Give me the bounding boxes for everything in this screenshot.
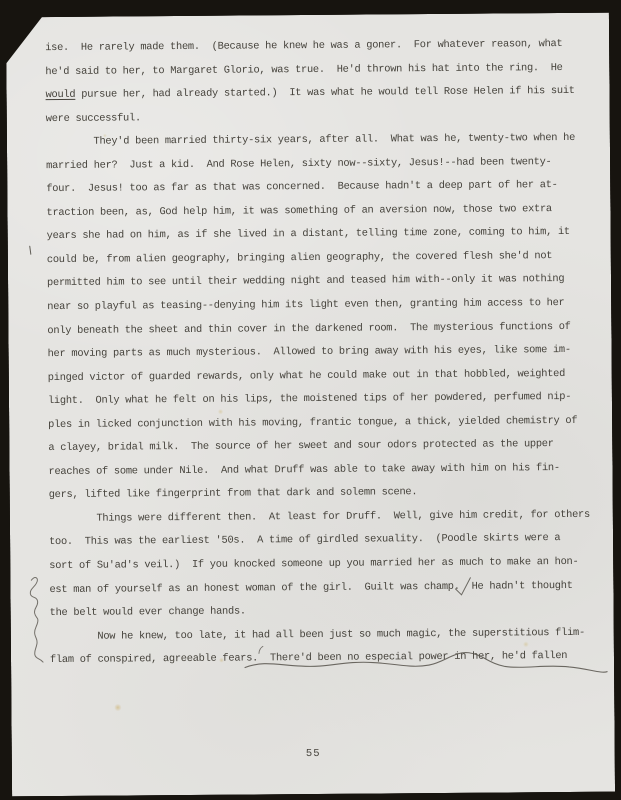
typed-text-segment: four. Jesus! too as far as that was conc… [46,179,557,195]
typed-text-segment: They'd been married thirty-six years, af… [46,132,575,148]
typed-text-segment: pinged victor of guarded rewards, only w… [48,368,565,384]
typed-text-segment: a clayey, bridal milk. The source of her… [48,438,553,454]
typed-text-segment: years she had on him, as if she lived in… [47,226,570,242]
typed-text-segment: pursue her, had already started.) It was… [75,85,575,101]
typed-text-segment: sort of Su'ad's veil.) If you knocked so… [49,556,578,572]
typed-text-segment: her moving parts as much mysterious. All… [48,344,571,360]
typed-text-segment: he'd said to her, to Margaret Glorio, wa… [45,62,562,78]
typed-text-segment: reaches of some under Nile. And what Dru… [48,462,559,478]
typed-text-segment: ples in licked conjunction with his movi… [48,415,577,431]
typed-text: ise. He rarely made them. (Because he kn… [45,33,606,673]
typed-text-segment: were successful. [46,112,141,125]
typed-text-segment: near so playful as teasing--denying him … [47,297,564,313]
page-number: 55 [12,746,615,763]
typed-text-segment: permitted him to see until their wedding… [47,273,564,289]
underlined-word: would [46,89,76,101]
stray-tick-mark [30,246,31,254]
typed-text-segment: ise. He rarely made them. (Because he kn… [45,38,562,54]
typed-line: est man of yourself as an honest woman o… [49,574,605,602]
typed-text-segment: traction been, as, God help him, it was … [46,203,551,219]
typed-text-segment: light. Only what he felt on his lips, th… [48,391,571,407]
typed-line: reaches of some under Nile. And what Dru… [48,457,604,485]
scan-background: ise. He rarely made them. (Because he kn… [0,0,621,800]
typed-text-segment: could be, from alien geography, bringing… [47,250,552,266]
typed-text-segment: only beneath the sheet and thin cover in… [47,321,570,337]
typed-text-segment: Now he knew, too late, it had all been j… [50,627,585,643]
typed-text-segment: gers, lifted like fingerprint from that … [49,487,418,502]
typed-line: would pursue her, had already started.) … [45,80,601,108]
typed-text-segment: the belt would ever change hands. [50,606,246,620]
typed-text-segment: married her? Just a kid. And Rose Helen,… [46,156,551,172]
manuscript-page: ise. He rarely made them. (Because he kn… [6,13,615,797]
typed-text-segment: est man of yourself as an honest woman o… [49,580,572,596]
paper-stain [114,703,121,711]
margin-squiggle-mark [30,578,43,663]
typed-text-segment: flam of conspired, agreeable fears. [50,653,270,667]
typed-line: flam of conspired, agreeable fears. Ther… [50,645,606,673]
typed-text-segment: too. This was the earliest '50s. A time … [49,533,560,549]
struck-text: There'd been no especial power in her, h… [270,650,567,664]
typed-text-segment: Things were different then. At least for… [49,509,590,525]
